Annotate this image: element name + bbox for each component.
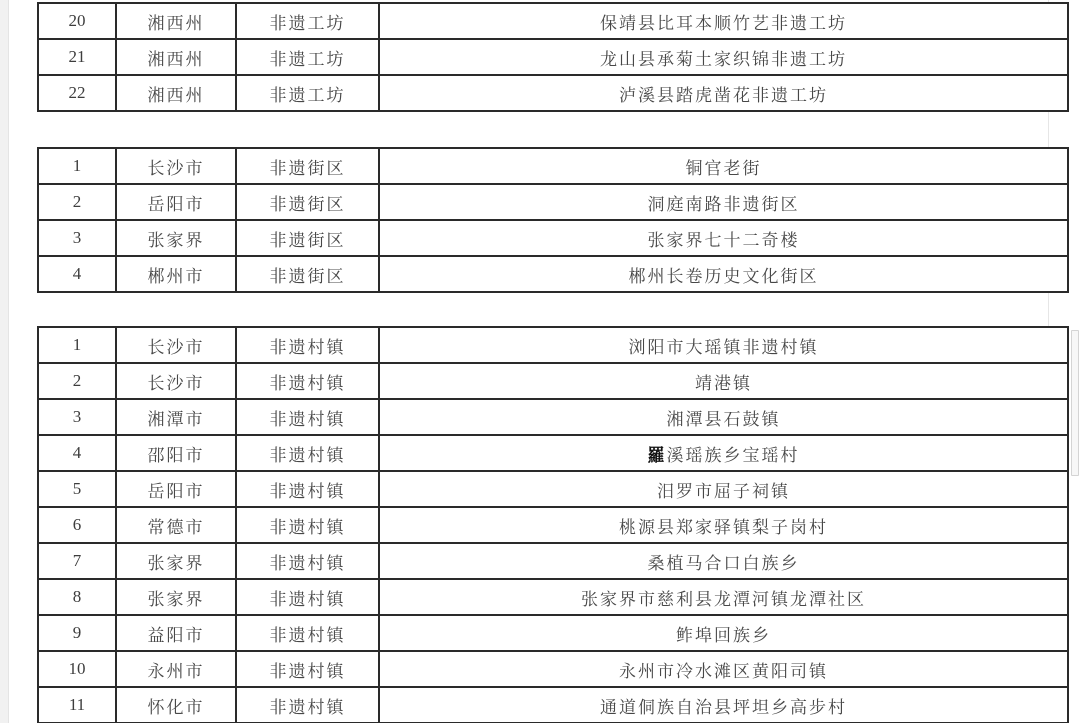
row-number-cell: 10 (38, 651, 116, 687)
category-cell: 非遗村镇 (236, 507, 379, 543)
table-row: 4邵阳市非遗村镇羅溪瑶族乡宝瑶村 (38, 435, 1068, 471)
name-cell: 洞庭南路非遗街区 (379, 184, 1068, 220)
city-cell: 张家界 (116, 543, 236, 579)
category-cell: 非遗工坊 (236, 3, 379, 39)
name-cell: 鲊埠回族乡 (379, 615, 1068, 651)
row-number-cell: 9 (38, 615, 116, 651)
row-number-cell: 3 (38, 399, 116, 435)
category-cell: 非遗村镇 (236, 399, 379, 435)
row-number-cell: 8 (38, 579, 116, 615)
name-cell: 浏阳市大瑶镇非遗村镇 (379, 327, 1068, 363)
name-cell: 郴州长卷历史文化街区 (379, 256, 1068, 292)
category-cell: 非遗村镇 (236, 327, 379, 363)
name-cell: 张家界七十二奇楼 (379, 220, 1068, 256)
row-number-cell: 1 (38, 327, 116, 363)
name-cell: 羅溪瑶族乡宝瑶村 (379, 435, 1068, 471)
city-cell: 湘潭市 (116, 399, 236, 435)
category-cell: 非遗街区 (236, 220, 379, 256)
category-cell: 非遗村镇 (236, 471, 379, 507)
table-row: 4郴州市非遗街区郴州长卷历史文化街区 (38, 256, 1068, 292)
table-row: 5岳阳市非遗村镇汨罗市屈子祠镇 (38, 471, 1068, 507)
name-cell: 泸溪县踏虎凿花非遗工坊 (379, 75, 1068, 111)
name-cell: 龙山县承菊土家织锦非遗工坊 (379, 39, 1068, 75)
table-row: 1长沙市非遗街区铜官老街 (38, 148, 1068, 184)
page-left-edge (0, 0, 9, 723)
city-cell: 郴州市 (116, 256, 236, 292)
table-row: 20湘西州非遗工坊保靖县比耳本顺竹艺非遗工坊 (38, 3, 1068, 39)
table-row: 7张家界非遗村镇桑植马合口白族乡 (38, 543, 1068, 579)
row-number-cell: 6 (38, 507, 116, 543)
city-cell: 岳阳市 (116, 471, 236, 507)
category-cell: 非遗村镇 (236, 687, 379, 723)
row-number-cell: 11 (38, 687, 116, 723)
city-cell: 湘西州 (116, 75, 236, 111)
city-cell: 湘西州 (116, 3, 236, 39)
table-row: 1长沙市非遗村镇浏阳市大瑶镇非遗村镇 (38, 327, 1068, 363)
category-cell: 非遗街区 (236, 184, 379, 220)
row-number-cell: 7 (38, 543, 116, 579)
table-row: 11怀化市非遗村镇通道侗族自治县坪坦乡高步村 (38, 687, 1068, 723)
table-row: 21湘西州非遗工坊龙山县承菊土家织锦非遗工坊 (38, 39, 1068, 75)
city-cell: 长沙市 (116, 148, 236, 184)
category-cell: 非遗街区 (236, 148, 379, 184)
table-row: 22湘西州非遗工坊泸溪县踏虎凿花非遗工坊 (38, 75, 1068, 111)
city-cell: 张家界 (116, 579, 236, 615)
name-cell: 汨罗市屈子祠镇 (379, 471, 1068, 507)
vertical-scrollbar-thumb[interactable] (1071, 330, 1079, 476)
category-cell: 非遗村镇 (236, 651, 379, 687)
row-number-cell: 3 (38, 220, 116, 256)
row-number-cell: 1 (38, 148, 116, 184)
city-cell: 湘西州 (116, 39, 236, 75)
city-cell: 永州市 (116, 651, 236, 687)
city-cell: 长沙市 (116, 327, 236, 363)
city-cell: 益阳市 (116, 615, 236, 651)
table-row: 10永州市非遗村镇永州市冷水滩区黄阳司镇 (38, 651, 1068, 687)
category-cell: 非遗村镇 (236, 543, 379, 579)
city-cell: 岳阳市 (116, 184, 236, 220)
row-number-cell: 2 (38, 184, 116, 220)
name-cell: 桑植马合口白族乡 (379, 543, 1068, 579)
category-cell: 非遗村镇 (236, 363, 379, 399)
city-cell: 张家界 (116, 220, 236, 256)
name-cell: 铜官老街 (379, 148, 1068, 184)
row-number-cell: 21 (38, 39, 116, 75)
table-row: 3湘潭市非遗村镇湘潭县石鼓镇 (38, 399, 1068, 435)
name-cell: 靖港镇 (379, 363, 1068, 399)
fallback-font-character: 羅 (648, 446, 667, 465)
category-cell: 非遗工坊 (236, 39, 379, 75)
row-number-cell: 4 (38, 256, 116, 292)
name-cell: 张家界市慈利县龙潭河镇龙潭社区 (379, 579, 1068, 615)
village-list-table: 1长沙市非遗村镇浏阳市大瑶镇非遗村镇2长沙市非遗村镇靖港镇3湘潭市非遗村镇湘潭县… (37, 326, 1069, 723)
name-cell: 通道侗族自治县坪坦乡高步村 (379, 687, 1068, 723)
table-row: 2长沙市非遗村镇靖港镇 (38, 363, 1068, 399)
table-row: 6常德市非遗村镇桃源县郑家驿镇梨子岗村 (38, 507, 1068, 543)
city-cell: 怀化市 (116, 687, 236, 723)
workshop-list-table: 20湘西州非遗工坊保靖县比耳本顺竹艺非遗工坊21湘西州非遗工坊龙山县承菊土家织锦… (37, 2, 1069, 112)
category-cell: 非遗村镇 (236, 579, 379, 615)
table-row: 2岳阳市非遗街区洞庭南路非遗街区 (38, 184, 1068, 220)
category-cell: 非遗村镇 (236, 615, 379, 651)
city-cell: 邵阳市 (116, 435, 236, 471)
table-row: 3张家界非遗街区张家界七十二奇楼 (38, 220, 1068, 256)
row-number-cell: 5 (38, 471, 116, 507)
name-cell: 永州市冷水滩区黄阳司镇 (379, 651, 1068, 687)
table-row: 8张家界非遗村镇张家界市慈利县龙潭河镇龙潭社区 (38, 579, 1068, 615)
row-number-cell: 2 (38, 363, 116, 399)
category-cell: 非遗村镇 (236, 435, 379, 471)
city-cell: 长沙市 (116, 363, 236, 399)
street-list-table: 1长沙市非遗街区铜官老街2岳阳市非遗街区洞庭南路非遗街区3张家界非遗街区张家界七… (37, 147, 1069, 293)
vertical-scrollbar-track[interactable] (1070, 0, 1080, 723)
row-number-cell: 20 (38, 3, 116, 39)
city-cell: 常德市 (116, 507, 236, 543)
row-number-cell: 22 (38, 75, 116, 111)
category-cell: 非遗工坊 (236, 75, 379, 111)
name-cell: 桃源县郑家驿镇梨子岗村 (379, 507, 1068, 543)
name-cell: 湘潭县石鼓镇 (379, 399, 1068, 435)
category-cell: 非遗街区 (236, 256, 379, 292)
name-cell: 保靖县比耳本顺竹艺非遗工坊 (379, 3, 1068, 39)
table-row: 9益阳市非遗村镇鲊埠回族乡 (38, 615, 1068, 651)
row-number-cell: 4 (38, 435, 116, 471)
